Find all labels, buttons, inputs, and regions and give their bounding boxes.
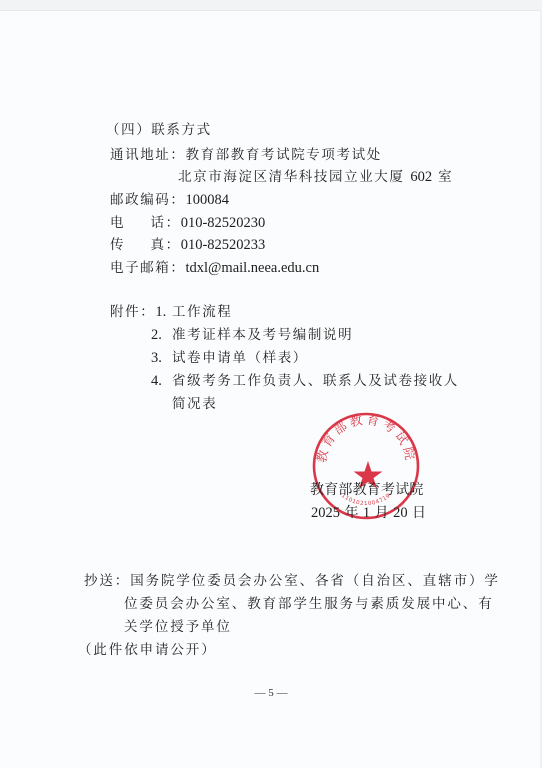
address-line2: 北京市海淀区清华科技园立业大厦 602 室 xyxy=(178,168,453,186)
cc-row-1: 抄送：国务院学位委员会办公室、各省（自治区、直辖市）学 xyxy=(84,572,500,590)
page-number: — 5 — xyxy=(0,687,542,699)
attachment-number: 1. xyxy=(155,304,166,320)
address-room-suffix: 室 xyxy=(438,169,453,185)
postcode-row: 邮政编码：100084 xyxy=(110,191,229,209)
attachment-text: 试卷申请单（样表） xyxy=(172,349,308,367)
address-row: 通讯地址：教育部教育考试院专项考试处 xyxy=(110,146,382,164)
cc-line-1: 国务院学位委员会办公室、各省（自治区、直辖市）学 xyxy=(130,573,500,589)
attachment-row-1: 附件：1. xyxy=(110,303,166,321)
contact-heading: （四）联系方式 xyxy=(106,121,212,139)
email-value: tdxl@mail.neea.edu.cn xyxy=(186,260,320,276)
attachment-number: 3. xyxy=(151,349,162,367)
phone-value: 010-82520230 xyxy=(181,215,266,231)
address-label: 通讯地址： xyxy=(110,146,186,164)
attachments-label: 附件： xyxy=(110,303,155,321)
address-line2-text: 北京市海淀区清华科技园立业大厦 xyxy=(178,169,405,185)
cc-label: 抄送： xyxy=(84,572,130,590)
date-year-char: 年 xyxy=(344,505,358,521)
attachment-text-continued: 简况表 xyxy=(172,395,217,413)
postcode-value: 100084 xyxy=(186,192,230,208)
fax-row: 传真：010-82520233 xyxy=(110,236,265,254)
signature-org: 教育部教育考试院 xyxy=(310,481,424,499)
scan-top-edge xyxy=(0,0,542,11)
address-line1: 教育部教育考试院专项考试处 xyxy=(186,147,382,163)
svg-text:教育部教育考试院: 教育部教育考试院 xyxy=(314,412,419,464)
phone-label-b: 话： xyxy=(151,214,181,232)
email-row: 电子邮箱：tdxl@mail.neea.edu.cn xyxy=(110,259,319,277)
date-month-char: 月 xyxy=(375,505,389,521)
fax-label-a: 传 xyxy=(110,236,151,254)
address-room-number: 602 xyxy=(410,169,432,185)
fax-value: 010-82520233 xyxy=(181,237,266,253)
postcode-label: 邮政编码： xyxy=(110,191,186,209)
disclosure-note: （此件依申请公开） xyxy=(78,641,217,659)
fax-label-b: 真： xyxy=(151,236,181,254)
date-month: 1 xyxy=(363,505,370,521)
cc-line-2: 位委员会办公室、教育部学生服务与素质发展中心、有 xyxy=(124,595,494,613)
date-day-char: 日 xyxy=(412,505,426,521)
date-year: 2025 xyxy=(311,505,340,521)
attachment-number: 4. xyxy=(151,372,162,390)
signature-date: 2025 年 1 月 20 日 xyxy=(311,504,426,522)
document-page: （四）联系方式 通讯地址：教育部教育考试院专项考试处 北京市海淀区清华科技园立业… xyxy=(0,0,542,768)
attachment-text: 省级考务工作负责人、联系人及试卷接收人 xyxy=(172,372,459,390)
date-day: 20 xyxy=(393,505,408,521)
phone-label-a: 电 xyxy=(110,214,151,232)
email-label: 电子邮箱： xyxy=(110,259,186,277)
attachment-text: 工作流程 xyxy=(172,303,232,321)
phone-row: 电话：010-82520230 xyxy=(110,214,265,232)
attachment-number: 2. xyxy=(151,326,162,344)
cc-line-3: 关学位授予单位 xyxy=(124,618,232,636)
attachment-text: 准考证样本及考号编制说明 xyxy=(172,326,353,344)
